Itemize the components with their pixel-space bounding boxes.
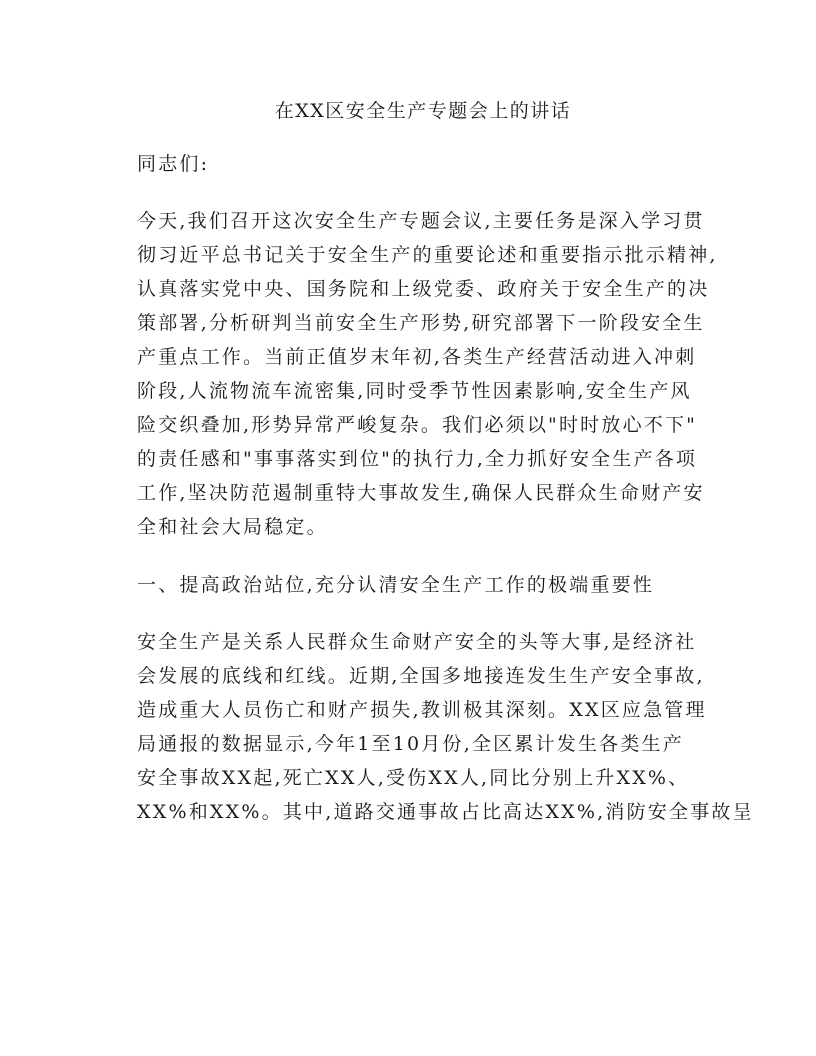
paragraph-line: 今天,我们召开这次安全生产专题会议,主要任务是深入学习贯 xyxy=(137,207,705,235)
paragraph-line: 工作,坚决防范遏制重特大事故发生,确保人民群众生命财产安 xyxy=(137,479,705,507)
salutation: 同志们: xyxy=(137,150,209,178)
paragraph-line: 会发展的底线和红线。近期,全国多地接连发生生产安全事故, xyxy=(137,662,705,690)
paragraph-line: XX%和XX%。其中,道路交通事故占比高达XX%,消防安全事故呈 xyxy=(137,798,754,826)
paragraph-line: 全和社会大局稳定。 xyxy=(137,513,328,541)
paragraph-line: 安全生产是关系人民群众生命财产安全的头等大事,是经济社 xyxy=(137,628,696,656)
paragraph-line: 局通报的数据显示,今年1至10月份,全区累计发生各类生产 xyxy=(137,730,684,758)
paragraph-line: 产重点工作。当前正值岁末年初,各类生产经营活动进入冲刺 xyxy=(137,343,696,371)
paragraph-line: 阶段,人流物流车流密集,同时受季节性因素影响,安全生产风 xyxy=(137,377,692,405)
paragraph-line: 认真落实党中央、国务院和上级党委、政府关于安全生产的决 xyxy=(137,275,709,303)
paragraph-line: 策部署,分析研判当前安全生产形势,研究部署下一阶段安全生 xyxy=(137,309,705,337)
paragraph-line: 的责任感和"事事落实到位"的执行力,全力抓好安全生产各项 xyxy=(137,445,697,473)
paragraph-line: 造成重大人员伤亡和财产损失,教训极其深刻。XX区应急管理 xyxy=(137,696,707,724)
paragraph-line: 彻习近平总书记关于安全生产的重要论述和重要指示批示精神, xyxy=(137,241,718,269)
document-title: 在XX区安全生产专题会上的讲话 xyxy=(137,97,709,125)
paragraph-line: 安全事故XX起,死亡XX人,受伤XX人,同比分别上升XX%、 xyxy=(137,764,689,792)
paragraph-line: 险交织叠加,形势异常严峻复杂。我们必须以"时时放心不下" xyxy=(137,411,697,439)
section-heading: 一、提高政治站位,充分认清安全生产工作的极端重要性 xyxy=(137,571,654,599)
